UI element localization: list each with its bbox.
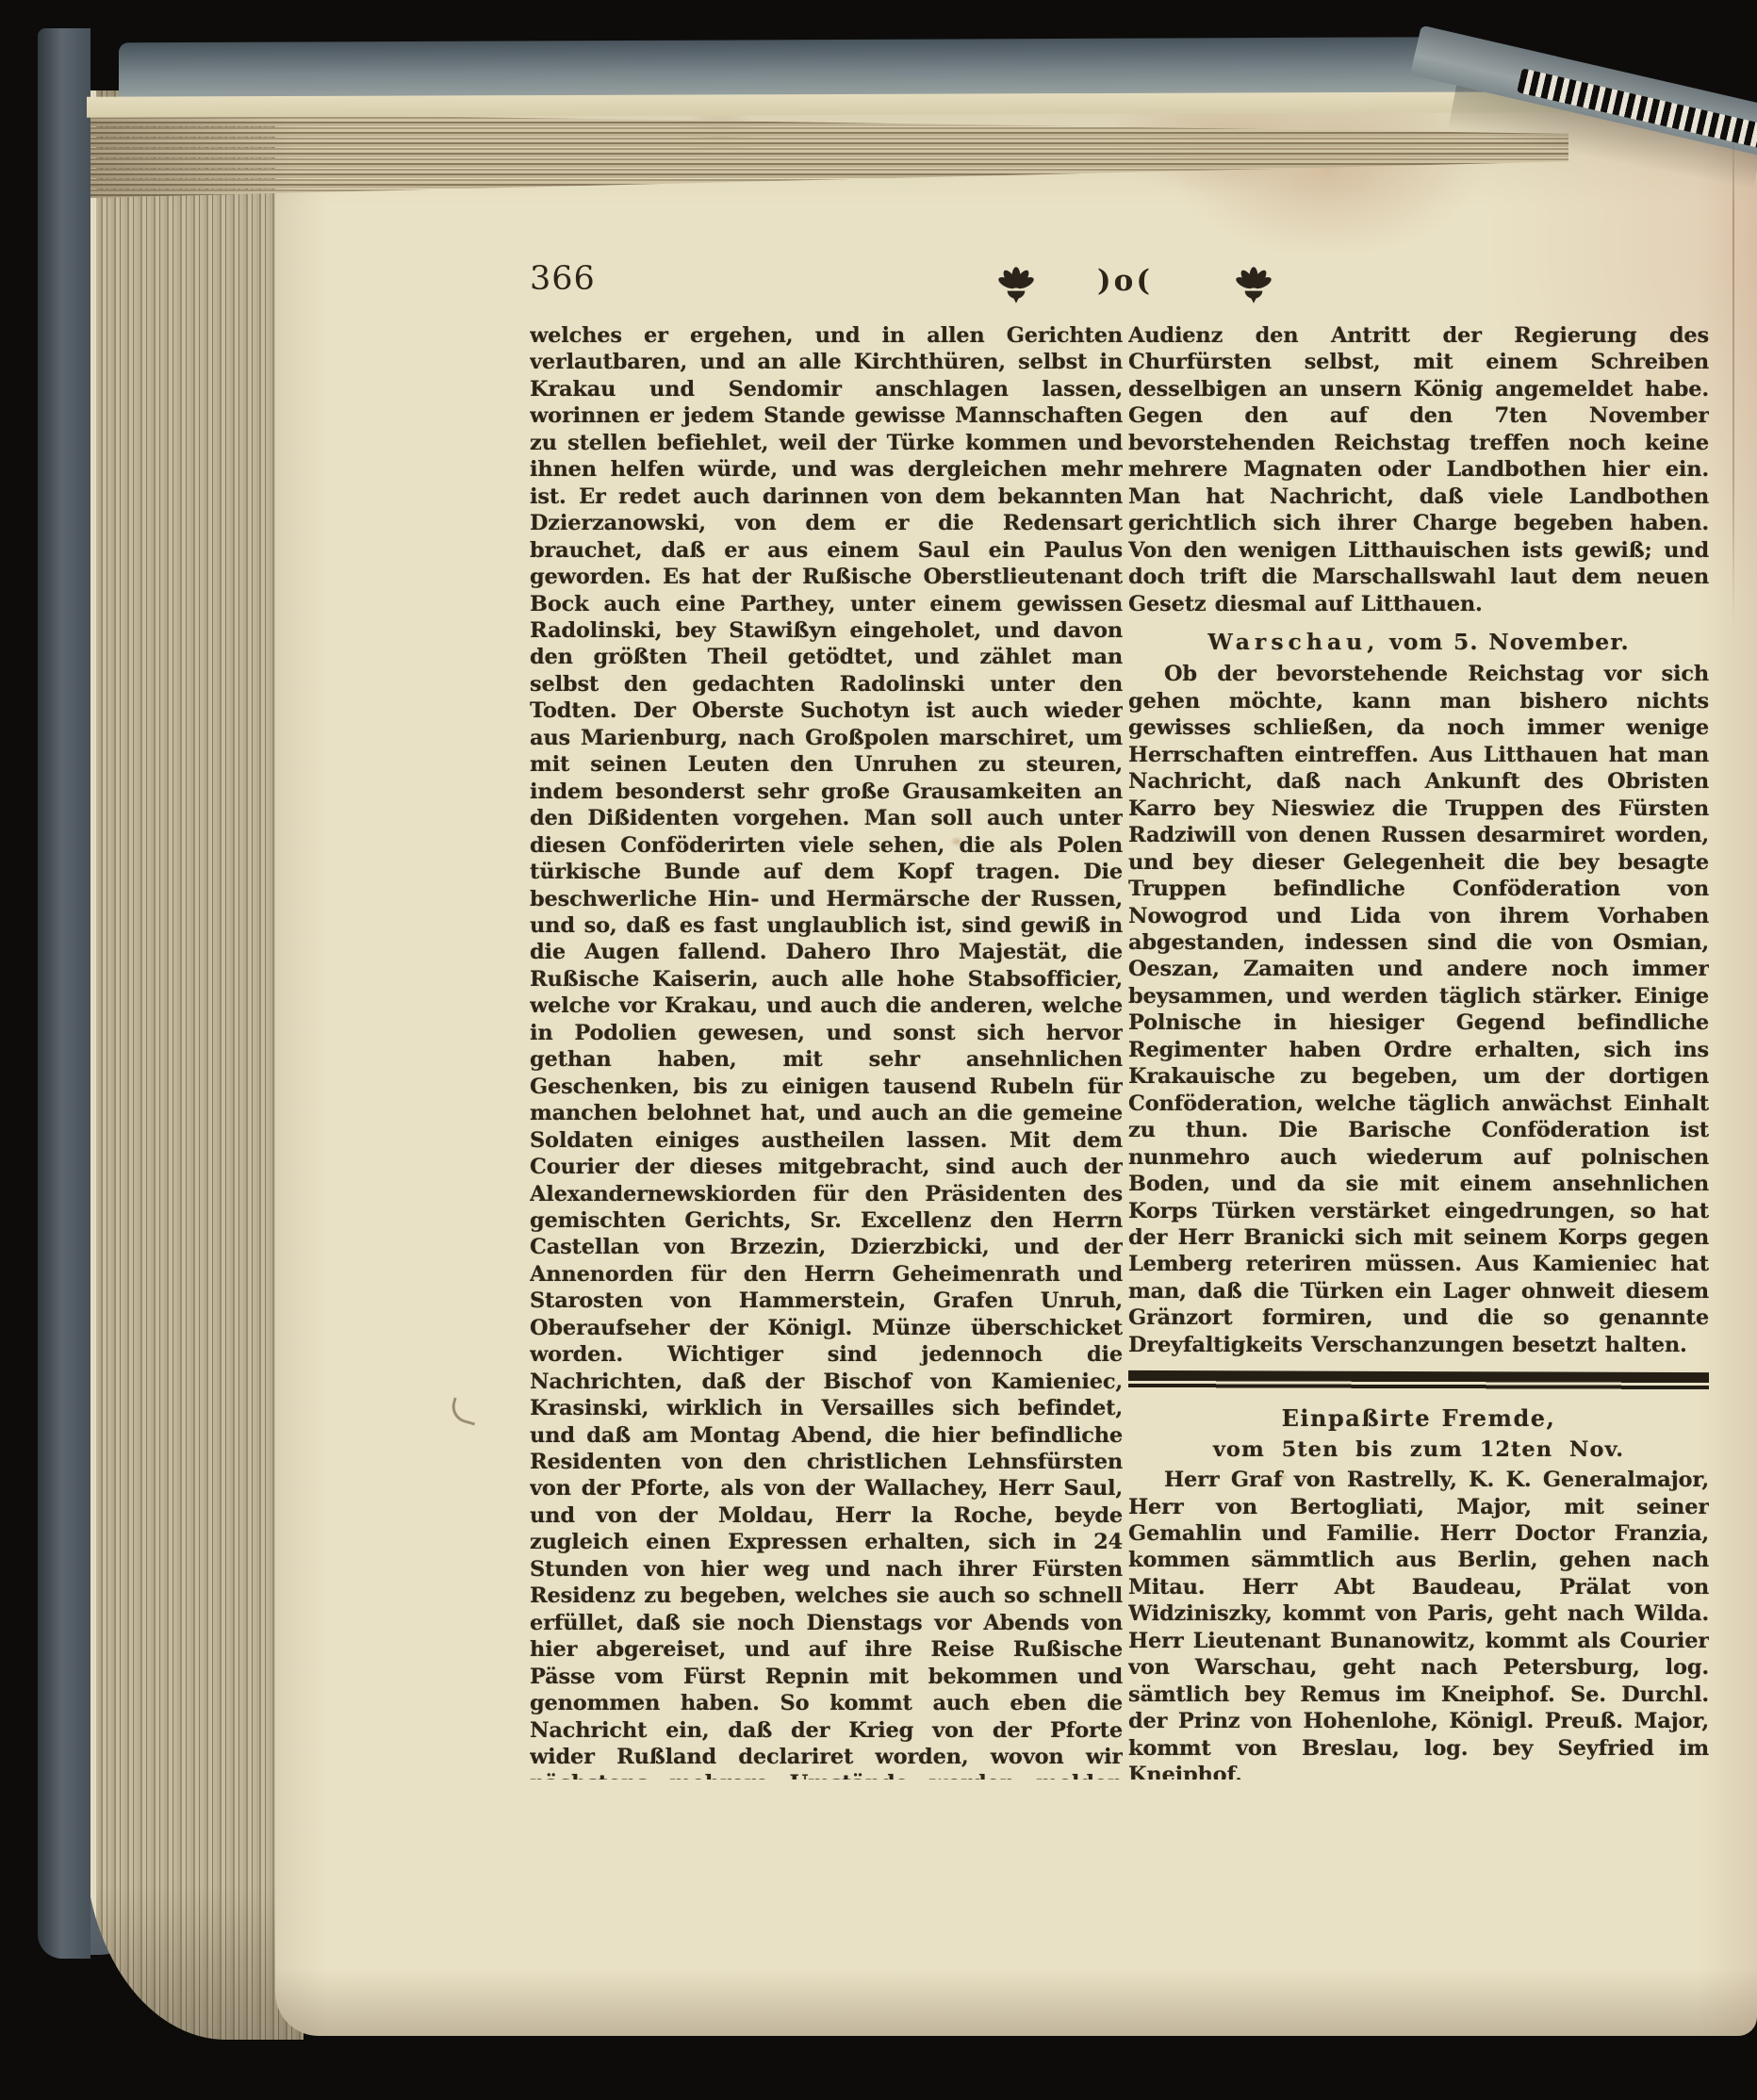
left-column-body-text: welches er ergehen, und in allen Gericht… bbox=[530, 322, 1123, 1780]
section-separator-rule bbox=[1128, 1370, 1709, 1391]
palmette-ornament-icon bbox=[995, 266, 1037, 304]
book-fore-edge-pages bbox=[85, 90, 304, 2040]
warschau-dateline-heading: Warschau, vom 5. November. bbox=[1128, 629, 1709, 655]
header-center-ornament: )o( bbox=[1097, 264, 1153, 298]
photographed-book-backdrop: { "page": { "number": "366", "ornament_c… bbox=[0, 0, 1757, 2100]
page-number: 366 bbox=[530, 260, 596, 298]
book-cover-top-edge bbox=[119, 37, 1563, 102]
arrivals-list-paragraph: Herr Graf von Rastrelly, K. K. Generalma… bbox=[1128, 1467, 1709, 1780]
book-cover-left bbox=[38, 28, 90, 1959]
continuation-paragraph: Audienz den Antritt der Regierung des Ch… bbox=[1128, 322, 1709, 617]
left-text-column: welches er ergehen, und in allen Gericht… bbox=[530, 322, 1123, 1780]
dateline-city: Warschau, bbox=[1207, 629, 1379, 655]
arrivals-section-title: Einpaßirte Fremde, bbox=[1128, 1405, 1709, 1432]
palmette-ornament-icon bbox=[1233, 266, 1274, 304]
right-text-column: Audienz den Antritt der Regierung des Ch… bbox=[1128, 322, 1709, 1780]
page-crease-line bbox=[1732, 121, 1734, 630]
dateline-date: vom 5. November. bbox=[1389, 629, 1630, 655]
arrivals-date-range: vom 5ten bis zum 12ten Nov. bbox=[1128, 1436, 1709, 1463]
warschau-report-paragraph: Ob der bevorstehende Reichstag vor sich … bbox=[1128, 661, 1709, 1358]
